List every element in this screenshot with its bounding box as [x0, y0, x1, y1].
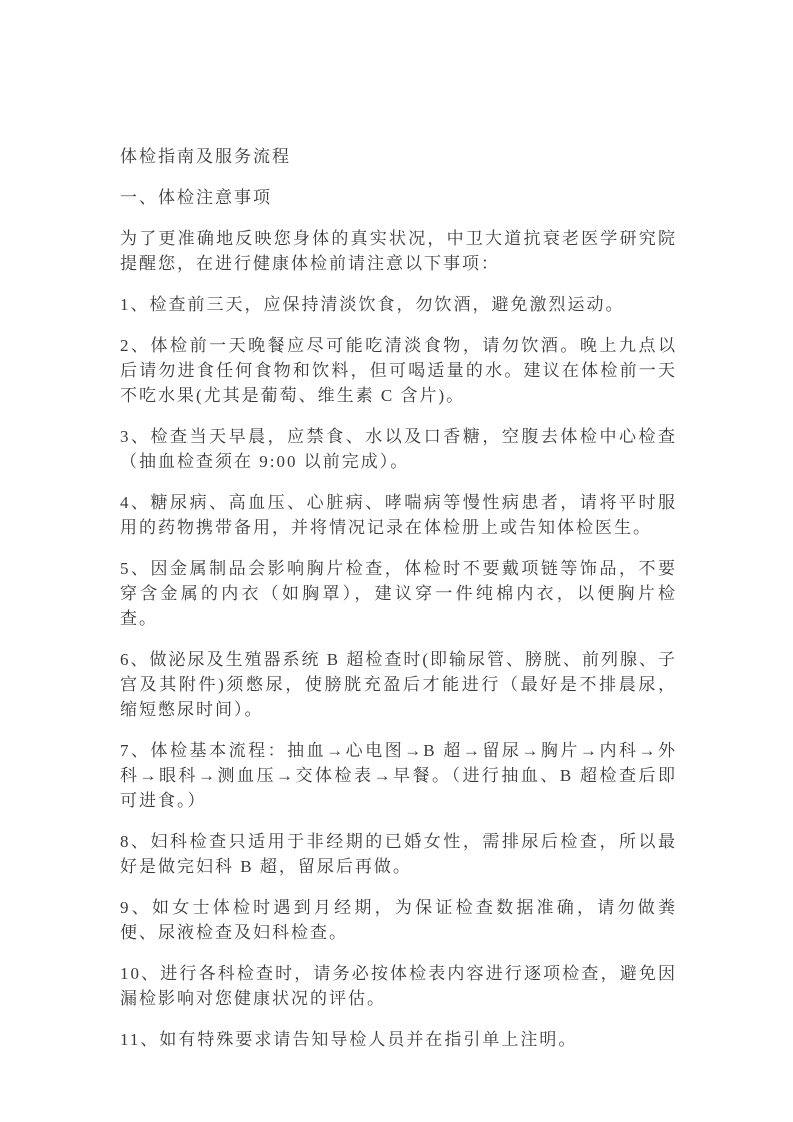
notice-item-5: 5、因金属制品会影响胸片检查，体检时不要戴项链等饰品，不要穿含金属的内衣（如胸罩…: [120, 556, 677, 631]
notice-item-11: 11、如有特殊要求请告知导检人员并在指引单上注明。: [120, 1027, 677, 1052]
notice-item-4: 4、糖尿病、高血压、心脏病、哮喘病等慢性病患者，请将平时服用的药物携带备用，并将…: [120, 490, 677, 540]
notice-item-1: 1、检查前三天，应保持清淡饮食，勿饮酒，避免激烈运动。: [120, 292, 677, 317]
notice-item-8: 8、妇科检查只适用于非经期的已婚女性，需排尿后检查，所以最好是做完妇科 B 超，…: [120, 829, 677, 879]
section-heading: 一、体检注意事项: [120, 185, 677, 210]
notice-item-2: 2、体检前一天晚餐应尽可能吃清淡食物，请勿饮酒。晚上九点以后请勿进食任何食物和饮…: [120, 333, 677, 408]
doc-title: 体检指南及服务流程: [120, 144, 677, 169]
notice-item-3: 3、检查当天早晨，应禁食、水以及口香糖，空腹去体检中心检查（抽血检查须在 9:0…: [120, 424, 677, 474]
intro-paragraph: 为了更准确地反映您身体的真实状况，中卫大道抗衰老医学研究院提醒您，在进行健康体检…: [120, 226, 677, 276]
document-page: 体检指南及服务流程 一、体检注意事项 为了更准确地反映您身体的真实状况，中卫大道…: [0, 0, 793, 1122]
notice-item-6: 6、做泌尿及生殖器系统 B 超检查时(即输尿管、膀胱、前列腺、子宫及其附件)须憋…: [120, 647, 677, 722]
notice-item-10: 10、进行各科检查时，请务必按体检表内容进行逐项检查，避免因漏检影响对您健康状况…: [120, 961, 677, 1011]
notice-item-7: 7、体检基本流程：抽血→心电图→B 超→留尿→胸片→内科→外科→眼科→测血压→交…: [120, 738, 677, 813]
notice-item-9: 9、如女士体检时遇到月经期，为保证检查数据准确，请勿做粪便、尿液检查及妇科检查。: [120, 895, 677, 945]
